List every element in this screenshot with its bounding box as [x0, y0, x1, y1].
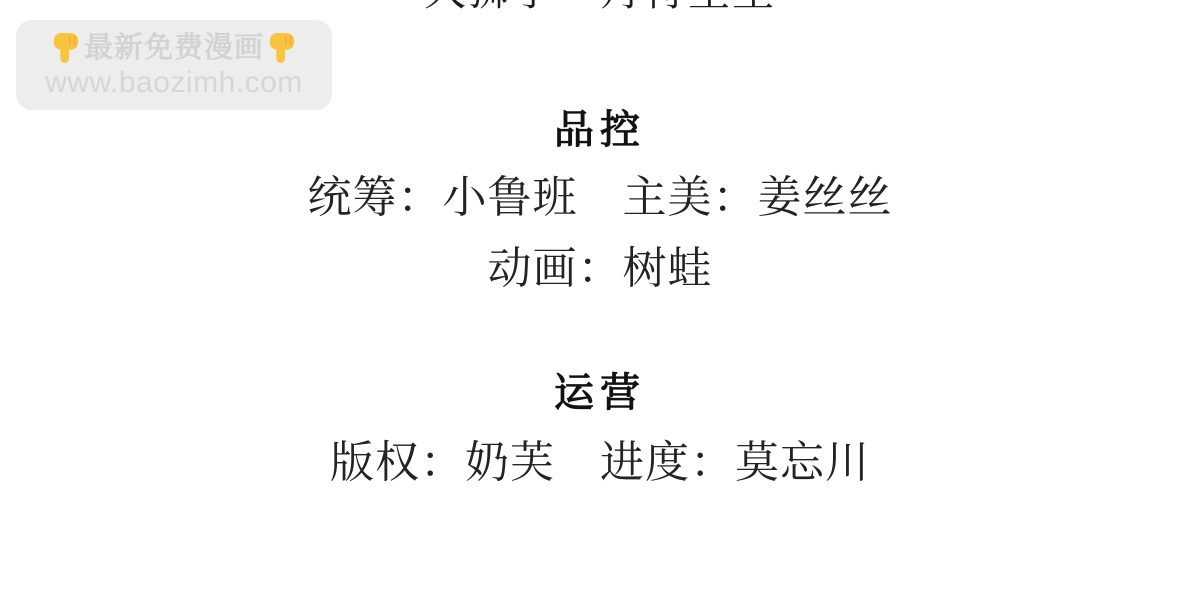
section-heading-operations: 运营: [0, 373, 1200, 413]
watermark-title-row: 最新免费漫画: [51, 31, 297, 65]
section-heading-quality-control: 品控: [0, 110, 1200, 150]
point-down-icon: [51, 31, 81, 65]
watermark-badge: 最新免费漫画 www.baozimh.com: [16, 20, 332, 110]
credit-line-animation: 动画：树蛙: [0, 247, 1200, 291]
credit-line-coordinator-artdirector: 统筹：小鲁班 主美：姜丝丝: [0, 176, 1200, 220]
watermark-url: www.baozimh.com: [45, 67, 303, 99]
watermark-title-text: 最新免费漫画: [84, 33, 264, 63]
credit-line-copyright-progress: 版权：奶芙 进度：莫忘川: [0, 441, 1200, 485]
point-down-icon: [267, 31, 297, 65]
comic-credits-page: 大狮子 月符星星 最新免费漫画 www.baoz: [0, 0, 1200, 591]
cutoff-credit-line: 大狮子 月符星星: [0, 0, 1200, 12]
